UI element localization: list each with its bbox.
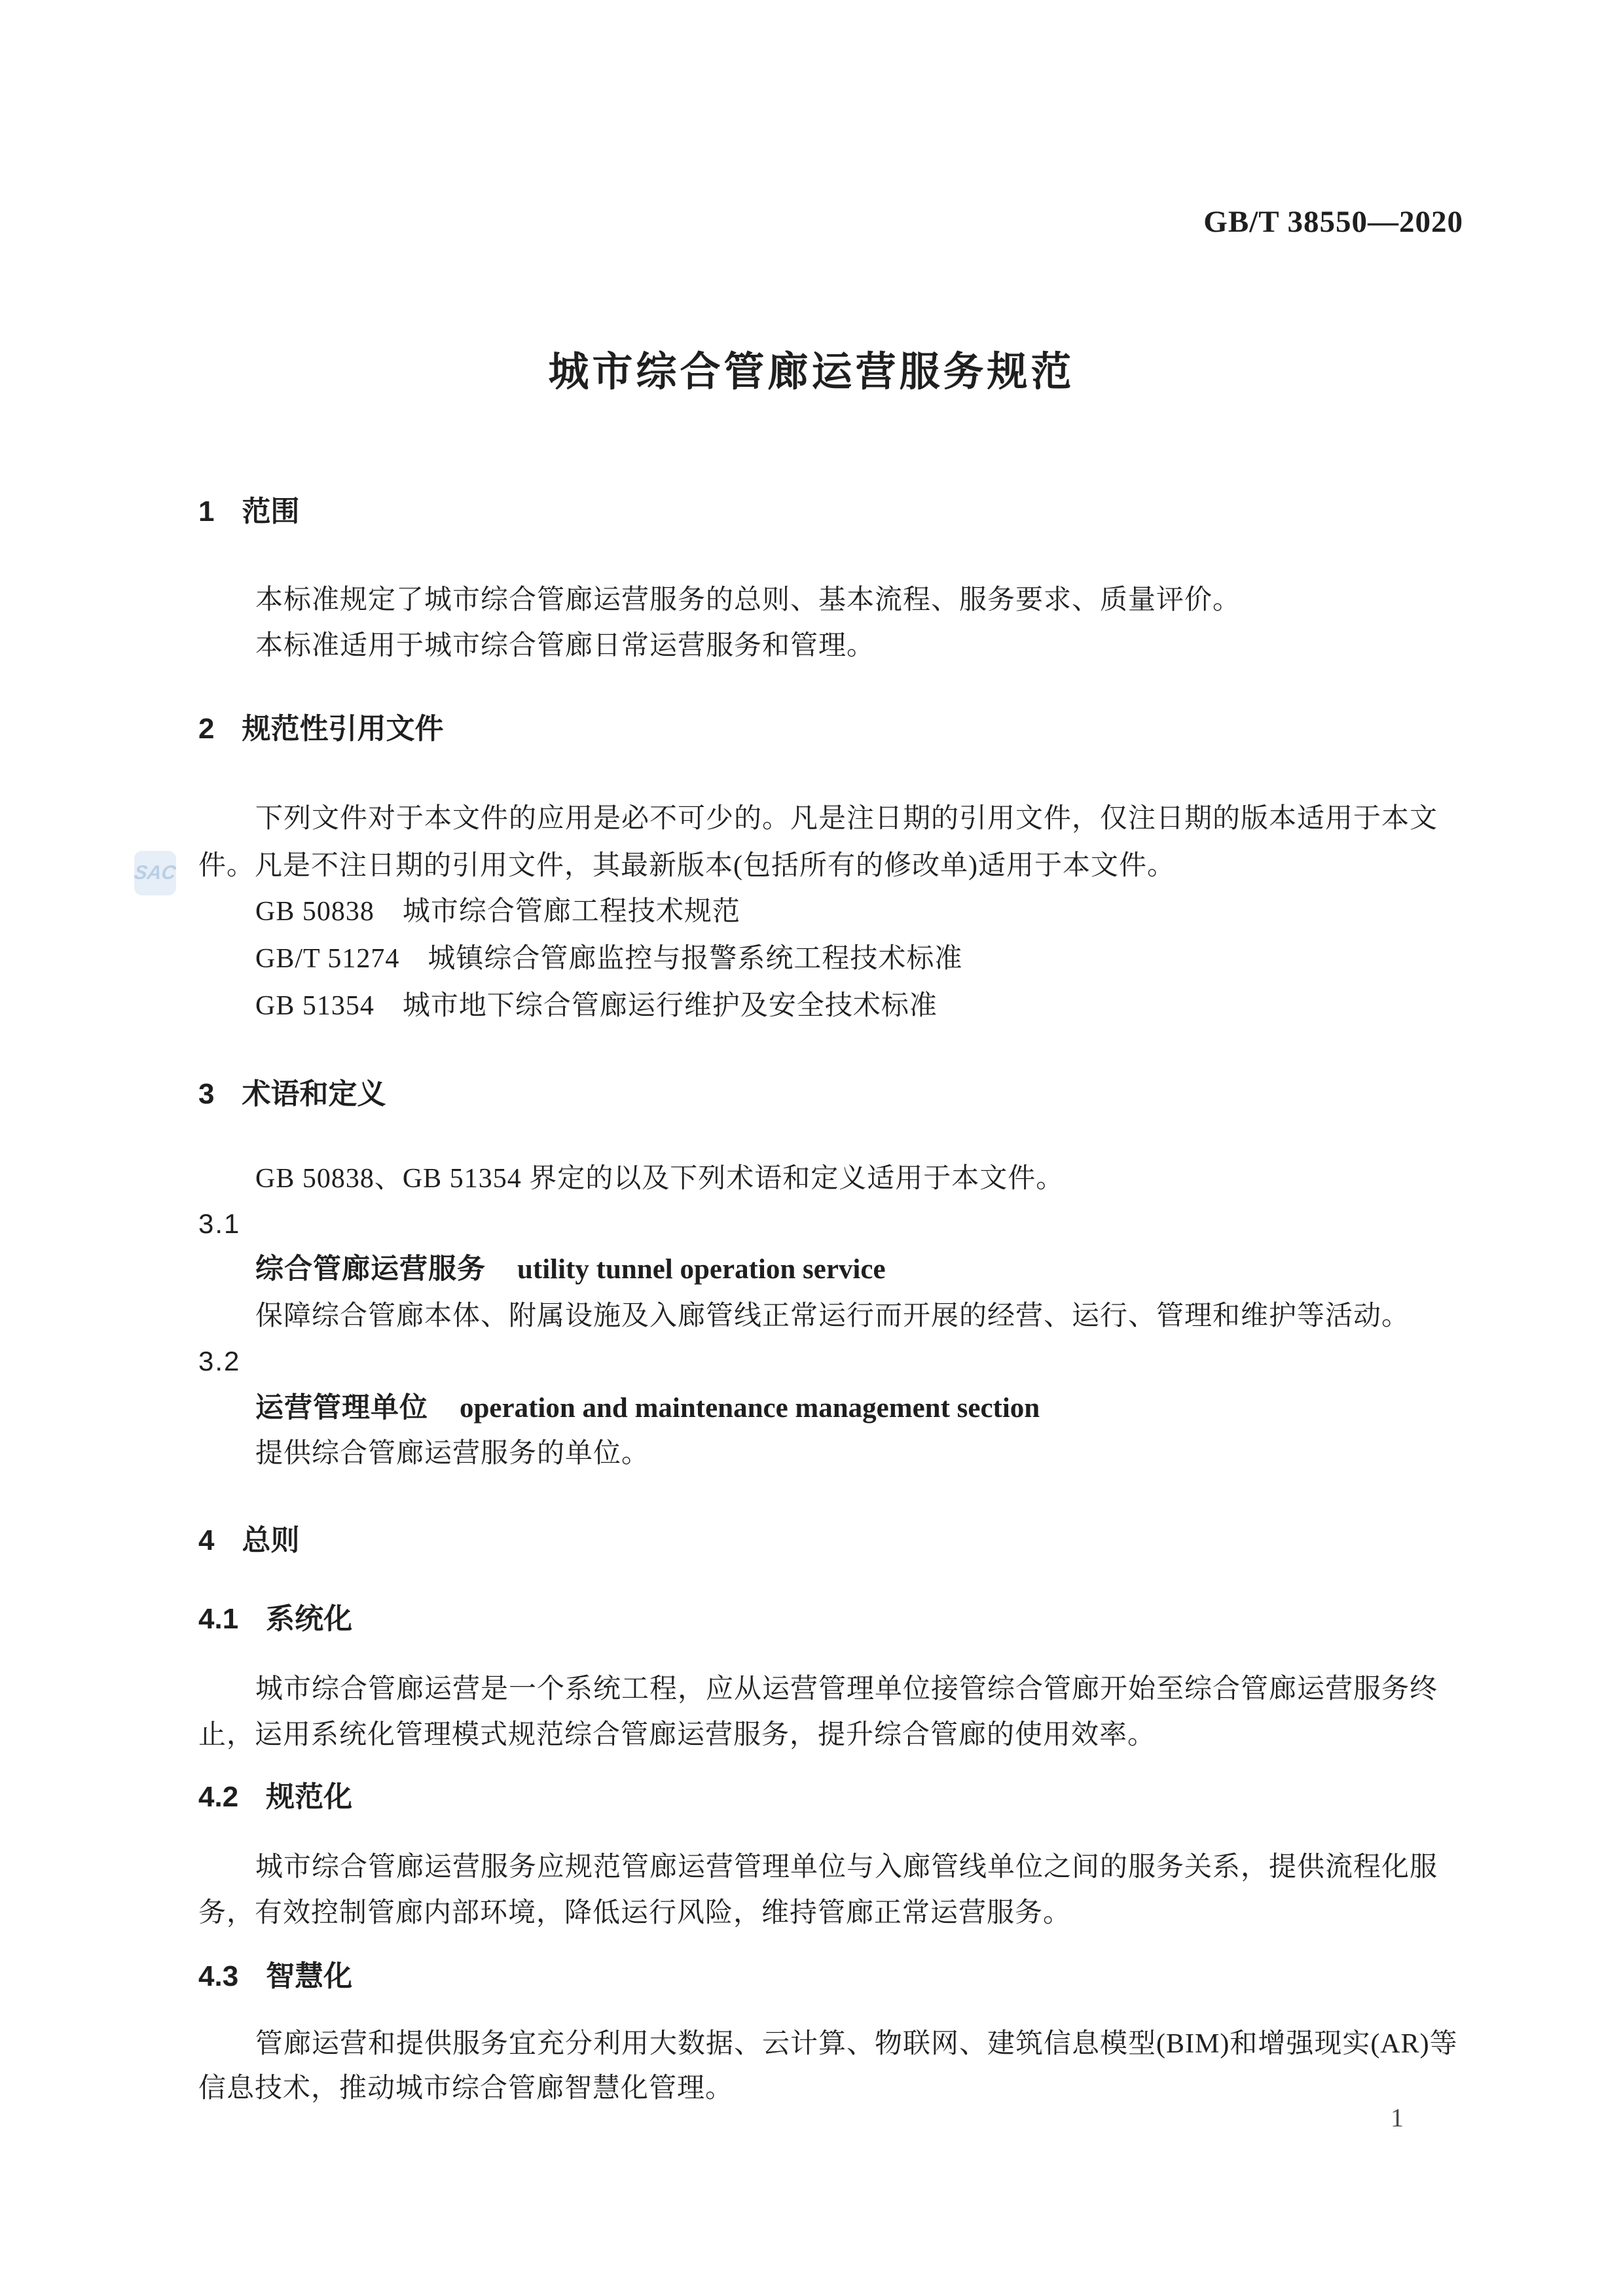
intelligent-paragraph-line: 信息技术，推动城市综合管廊智慧化管理。 (198, 2072, 733, 2105)
terms-intro-line: GB 50838、GB 51354 界定的以及下列术语和定义适用于本文件。 (255, 1162, 1064, 1195)
heading-terms-number: 3 (198, 1078, 214, 1110)
heading-intelligent-title: 智慧化 (266, 1960, 352, 1992)
heading-general-number: 4 (198, 1524, 214, 1556)
heading-scope: 1范围 (198, 495, 299, 529)
heading-general-title: 总则 (242, 1524, 299, 1556)
heading-intelligent: 4.3智慧化 (198, 1960, 352, 1994)
normative-paragraph-line: 件。凡是不注日期的引用文件，其最新版本(包括所有的修改单)适用于本文件。 (198, 850, 1175, 882)
heading-scope-title: 范围 (242, 495, 299, 528)
heading-normative-number: 2 (198, 713, 214, 745)
heading-systematic-title: 系统化 (266, 1603, 352, 1635)
reference-item: GB 51354 城市地下综合管廊运行维护及安全技术标准 (255, 990, 938, 1022)
term-en-label: utility tunnel operation service (517, 1254, 886, 1285)
standardized-paragraph-line: 城市综合管廊运营服务应规范管廊运营管理单位与入廊管线单位之间的服务关系，提供流程… (255, 1851, 1438, 1884)
standard-code: GB/T 38550—2020 (1203, 204, 1463, 240)
sac-watermark-badge: SAC (134, 851, 176, 895)
normative-paragraph-line: 下列文件对于本文件的应用是必不可少的。凡是注日期的引用文件，仅注日期的版本适用于… (255, 802, 1438, 835)
heading-standardized-title: 规范化 (266, 1781, 352, 1813)
sac-watermark-text: SAC (134, 862, 176, 884)
systematic-paragraph-line: 止，运用系统化管理模式规范综合管廊运营服务，提升综合管廊的使用效率。 (198, 1719, 1156, 1751)
heading-scope-number: 1 (198, 495, 214, 528)
heading-standardized: 4.2规范化 (198, 1780, 352, 1814)
term-number: 3.2 (198, 1346, 240, 1377)
heading-normative-title: 规范性引用文件 (242, 713, 443, 745)
heading-systematic: 4.1系统化 (198, 1602, 352, 1636)
heading-general: 4总则 (198, 1524, 299, 1558)
intelligent-paragraph-line: 管廊运营和提供服务宜充分利用大数据、云计算、物联网、建筑信息模型(BIM)和增强… (255, 2028, 1458, 2060)
heading-normative-references: 2规范性引用文件 (198, 712, 443, 746)
term-zh-label: 运营管理单位 (255, 1392, 428, 1424)
document-page: GB/T 38550—2020 SAC 城市综合管廊运营服务规范 1范围 本标准… (0, 0, 1623, 2296)
scope-paragraph-line: 本标准适用于城市综合管廊日常运营服务和管理。 (255, 630, 875, 662)
term-en-label: operation and maintenance management sec… (460, 1393, 1040, 1424)
term-entry: 综合管廊运营服务utility tunnel operation service (255, 1253, 886, 1286)
term-definition-line: 提供综合管廊运营服务的单位。 (255, 1437, 649, 1470)
term-zh-label: 综合管廊运营服务 (255, 1253, 486, 1285)
page-number: 1 (1391, 2102, 1404, 2133)
reference-item: GB/T 51274 城镇综合管廊监控与报警系统工程技术标准 (255, 942, 962, 975)
standardized-paragraph-line: 务，有效控制管廊内部环境，降低运行风险，维持管廊正常运营服务。 (198, 1897, 1071, 1929)
scope-paragraph-line: 本标准规定了城市综合管廊运营服务的总则、基本流程、服务要求、质量评价。 (255, 584, 1241, 617)
heading-terms-title: 术语和定义 (242, 1078, 386, 1110)
term-definition-line: 保障综合管廊本体、附属设施及入廊管线正常运行而开展的经营、运行、管理和维护等活动… (255, 1300, 1410, 1333)
heading-terms: 3术语和定义 (198, 1077, 386, 1111)
heading-standardized-number: 4.2 (198, 1781, 238, 1813)
heading-systematic-number: 4.1 (198, 1603, 238, 1635)
reference-item: GB 50838 城市综合管廊工程技术规范 (255, 895, 740, 928)
document-title: 城市综合管廊运营服务规范 (0, 339, 1623, 397)
term-number: 3.1 (198, 1208, 240, 1240)
systematic-paragraph-line: 城市综合管廊运营是一个系统工程，应从运营管理单位接管综合管廊开始至综合管廊运营服… (255, 1673, 1438, 1706)
term-entry: 运营管理单位operation and maintenance manageme… (255, 1391, 1040, 1425)
heading-intelligent-number: 4.3 (198, 1960, 238, 1992)
